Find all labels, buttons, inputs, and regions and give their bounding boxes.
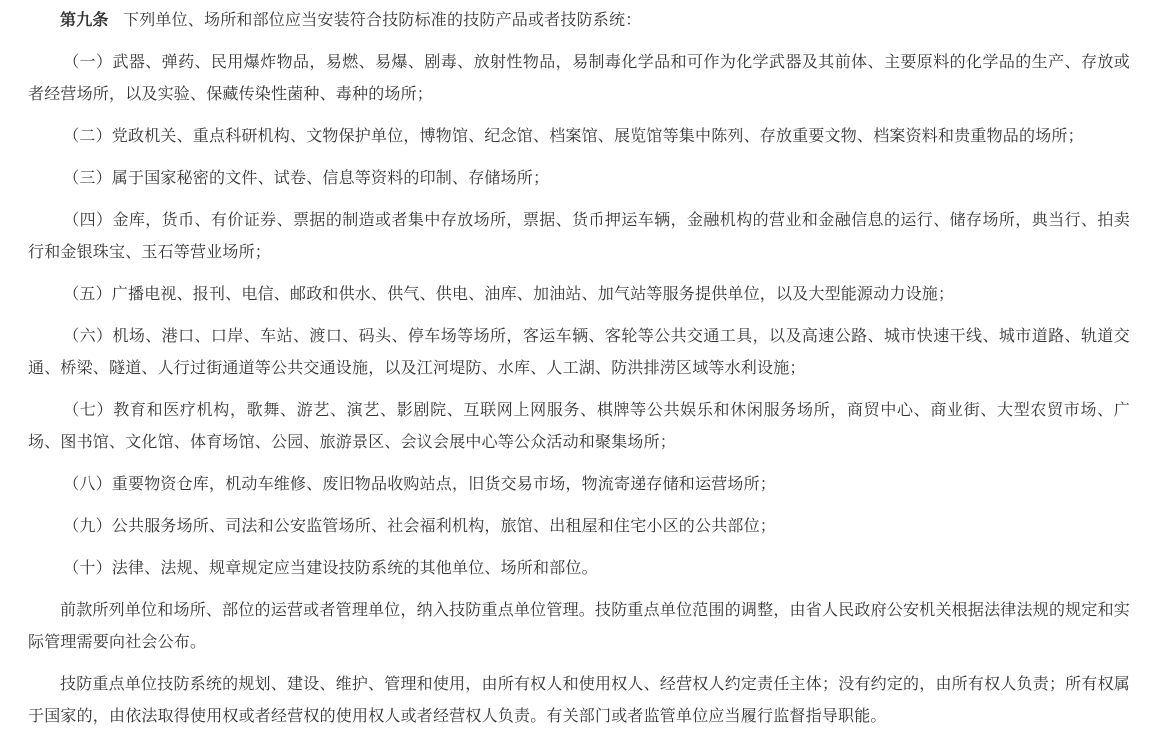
item-label: （九） (63, 516, 112, 535)
article-number: 第九条 (60, 10, 109, 29)
list-item: （七）教育和医疗机构，歌舞、游艺、演艺、影剧院、互联网上网服务、棋牌等公共娱乐和… (28, 394, 1130, 458)
item-label: （四） (63, 210, 112, 229)
item-text: 教育和医疗机构，歌舞、游艺、演艺、影剧院、互联网上网服务、棋牌等公共娱乐和休闲服… (28, 400, 1130, 451)
article-intro: 下列单位、场所和部位应当安装符合技防标准的技防产品或者技防系统： (123, 10, 641, 29)
list-item: （九）公共服务场所、司法和公安监管场所、社会福利机构，旅馆、出租屋和住宅小区的公… (28, 510, 1130, 542)
list-item: （二）党政机关、重点科研机构、文物保护单位，博物馆、纪念馆、档案馆、展览馆等集中… (28, 120, 1130, 152)
item-text: 武器、弹药、民用爆炸物品，易燃、易爆、剧毒、放射性物品，易制毒化学品和可作为化学… (28, 52, 1130, 103)
item-text: 属于国家秘密的文件、试卷、信息等资料的印制、存储场所； (112, 168, 549, 187)
item-label: （一） (63, 52, 112, 71)
item-text: 法律、法规、规章规定应当建设技防系统的其他单位、场所和部位。 (112, 558, 598, 577)
item-label: （八） (63, 474, 112, 493)
item-text: 广播电视、报刊、电信、邮政和供水、供气、供电、油库、加油站、加气站等服务提供单位… (112, 284, 954, 303)
item-label: （五） (63, 284, 112, 303)
document-body: 第九条下列单位、场所和部位应当安装符合技防标准的技防产品或者技防系统： （一）武… (0, 0, 1158, 732)
item-text: 机场、港口、口岸、车站、渡口、码头、停车场等场所，客运车辆、客轮等公共交通工具，… (28, 326, 1130, 377)
item-text: 金库，货币、有价证券、票据的制造或者集中存放场所，票据、货币押运车辆，金融机构的… (28, 210, 1130, 261)
item-label: （三） (63, 168, 112, 187)
article-heading: 第九条下列单位、场所和部位应当安装符合技防标准的技防产品或者技防系统： (28, 4, 1130, 36)
item-text: 重要物资仓库，机动车维修、废旧物品收购站点，旧货交易市场，物流寄递存储和运营场所… (112, 474, 776, 493)
list-item: （四）金库，货币、有价证券、票据的制造或者集中存放场所，票据、货币押运车辆，金融… (28, 204, 1130, 268)
list-item: （三）属于国家秘密的文件、试卷、信息等资料的印制、存储场所； (28, 162, 1130, 194)
item-label: （六） (63, 326, 112, 345)
item-label: （二） (63, 126, 112, 145)
list-item: （十）法律、法规、规章规定应当建设技防系统的其他单位、场所和部位。 (28, 552, 1130, 584)
list-item: （八）重要物资仓库，机动车维修、废旧物品收购站点，旧货交易市场，物流寄递存储和运… (28, 468, 1130, 500)
item-label: （十） (63, 558, 112, 577)
item-label: （七） (63, 400, 113, 419)
item-text: 党政机关、重点科研机构、文物保护单位，博物馆、纪念馆、档案馆、展览馆等集中陈列、… (112, 126, 1084, 145)
item-text: 公共服务场所、司法和公安监管场所、社会福利机构，旅馆、出租屋和住宅小区的公共部位… (112, 516, 776, 535)
list-item: （一）武器、弹药、民用爆炸物品，易燃、易爆、剧毒、放射性物品，易制毒化学品和可作… (28, 46, 1130, 110)
list-item: （六）机场、港口、口岸、车站、渡口、码头、停车场等场所，客运车辆、客轮等公共交通… (28, 320, 1130, 384)
paragraph-responsibility: 技防重点单位技防系统的规划、建设、维护、管理和使用，由所有权人和使用权人、经营权… (28, 668, 1130, 732)
paragraph-management-scope: 前款所列单位和场所、部位的运营或者管理单位，纳入技防重点单位管理。技防重点单位范… (28, 594, 1130, 658)
list-item: （五）广播电视、报刊、电信、邮政和供水、供气、供电、油库、加油站、加气站等服务提… (28, 278, 1130, 310)
